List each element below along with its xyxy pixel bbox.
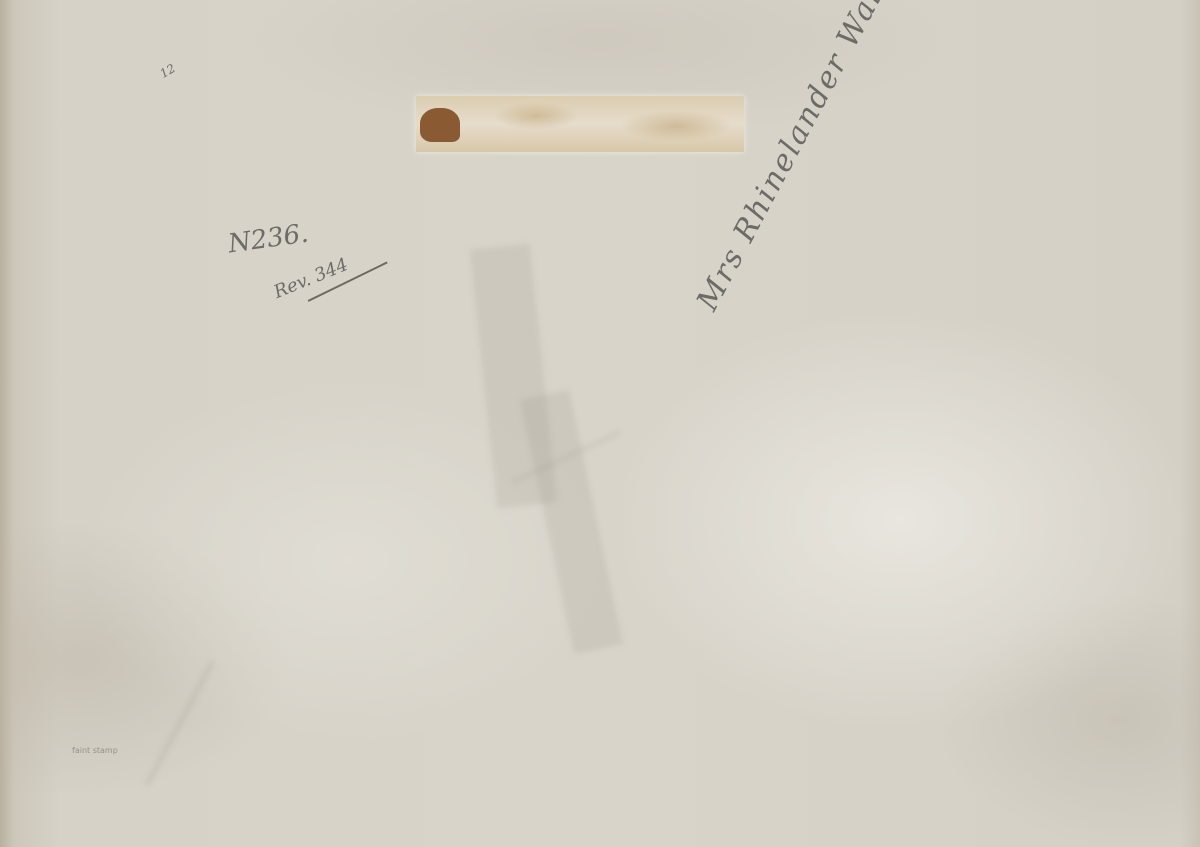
tape-stain [420, 108, 460, 142]
stamp-mark: faint stamp [72, 746, 138, 762]
smudge [144, 660, 215, 786]
reference-number: Rev. 344 [271, 254, 351, 303]
owner-inscription: Mrs Rhinelander Waldo [690, 0, 909, 316]
catalog-number: N236. [226, 219, 310, 260]
artwork-reverse-sheet: 12 N236. Rev. 344 Mrs Rhinelander Waldo … [0, 0, 1200, 847]
tape-strip [416, 96, 744, 152]
corner-mark: 12 [158, 61, 178, 81]
smudge [520, 390, 623, 655]
